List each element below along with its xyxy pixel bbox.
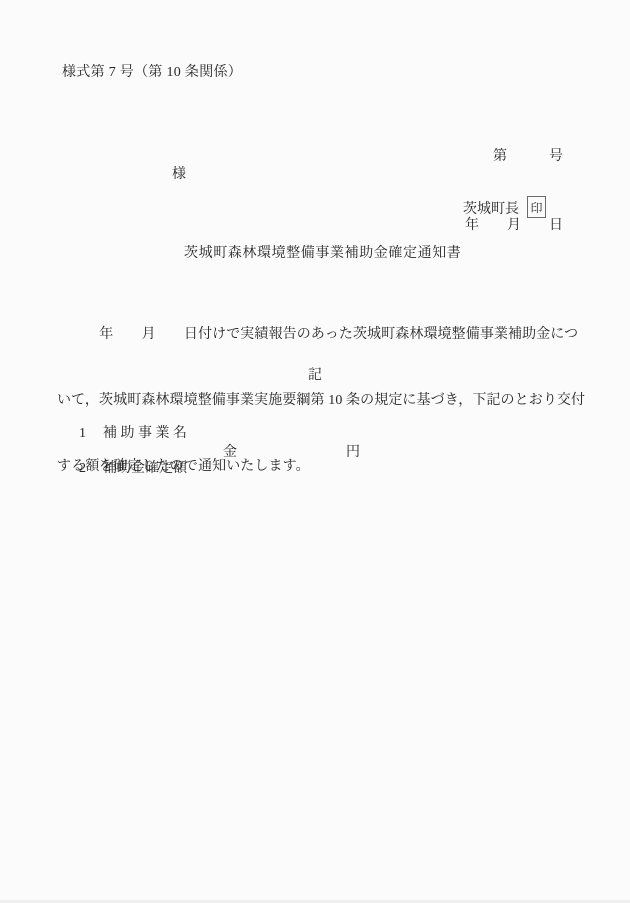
seal-box: 印: [527, 196, 546, 218]
item-2-number: 2: [79, 461, 86, 477]
seal-mark: 印: [530, 199, 542, 216]
document-number-line: 第 号: [465, 145, 563, 168]
item-1-label: 補 助 事 業 名: [103, 426, 187, 441]
amount-prefix-label: 金: [223, 441, 237, 461]
item-2-label: 補助金確定額: [103, 461, 187, 476]
form-number: 様式第 7 号（第 10 条関係）: [62, 61, 242, 81]
amount-suffix-label: 円: [346, 441, 360, 461]
issuer-name: 茨城町長: [463, 198, 519, 218]
record-marker: 記: [0, 364, 630, 384]
item-1-number: 1: [79, 426, 86, 442]
document-title: 茨城町森林環境整備事業補助金確定通知書: [184, 242, 461, 262]
list-item-confirmed-subsidy-amount: 2補助金確定額 金 円: [65, 441, 187, 525]
body-line-1: 年 月 日付けで実績報告のあった茨城町森林環境整備事業補助金につ: [57, 324, 582, 346]
document-page: 様式第 7 号（第 10 条関係） 第 号 年 月 日 様 茨城町長 印 茨城町…: [0, 0, 630, 903]
recipient-honorific: 様: [172, 163, 186, 183]
document-number-date-block: 第 号 年 月 日: [465, 99, 563, 283]
